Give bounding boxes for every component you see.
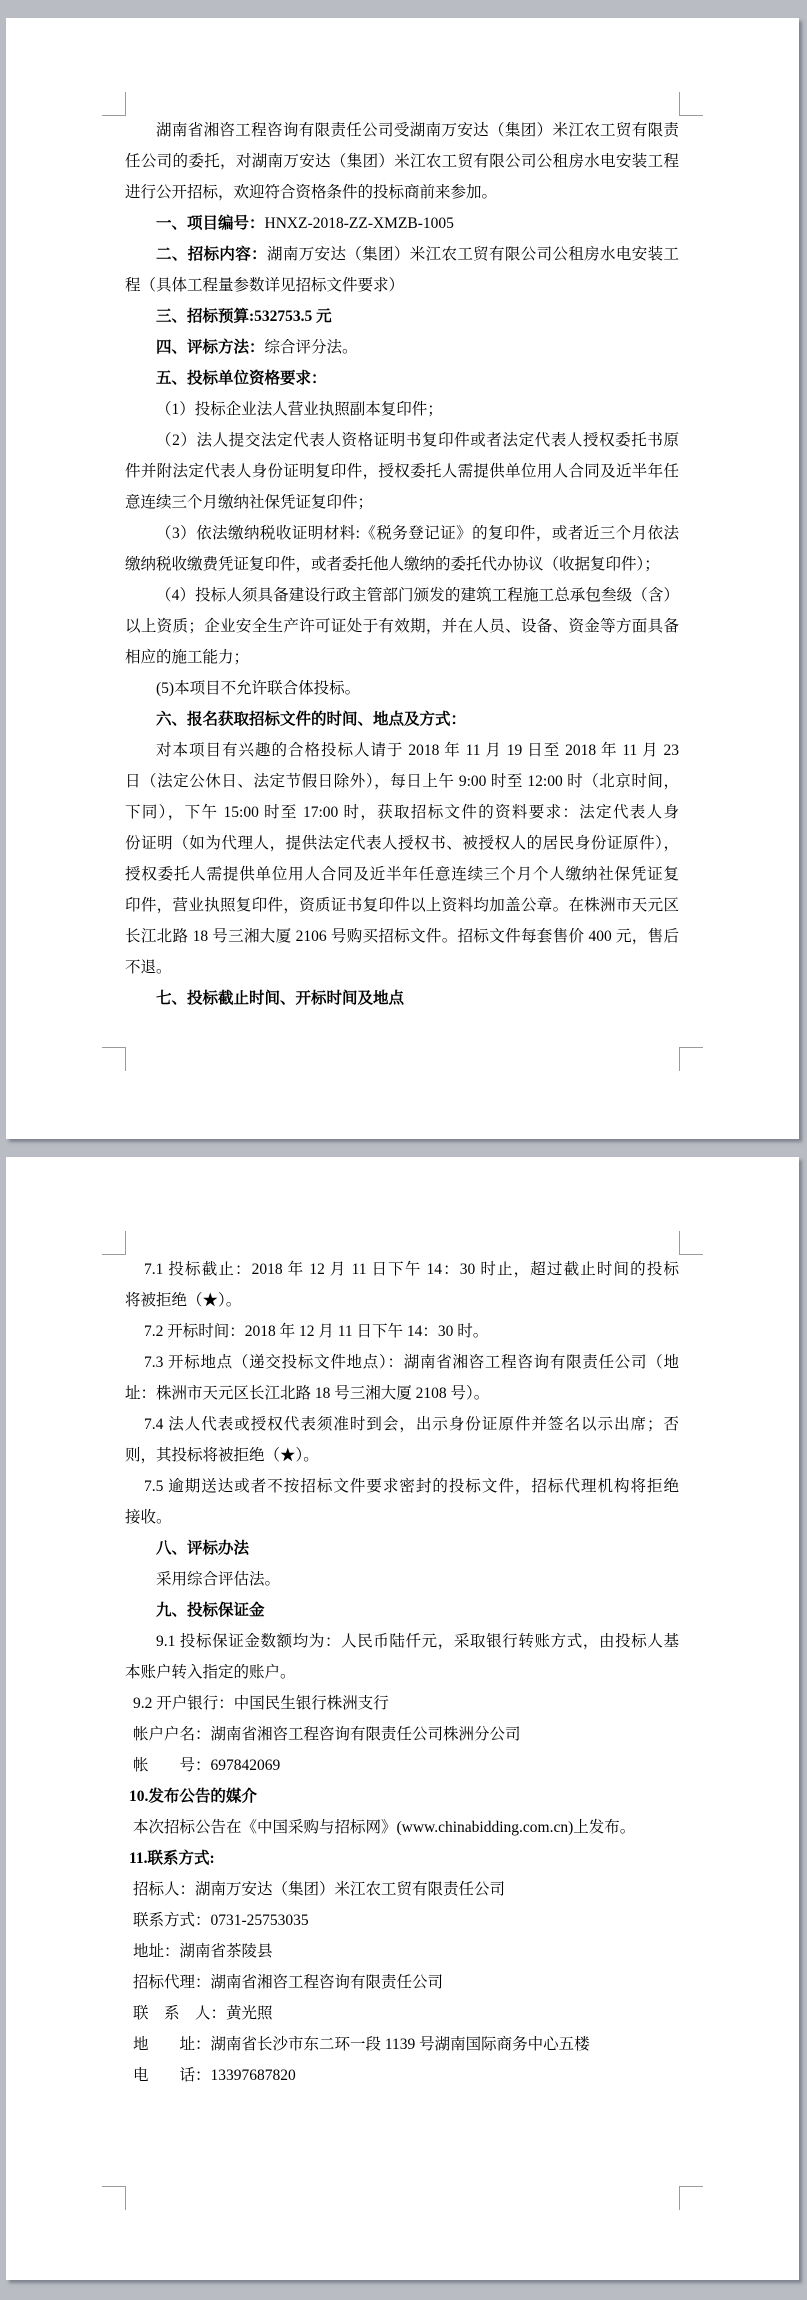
document-line: 地址：湖南省茶陵县 bbox=[125, 1936, 679, 1967]
document-line: 采用综合评估法。 bbox=[125, 1564, 679, 1595]
body-text: (5)本项目不允许联合体投标。 bbox=[156, 680, 360, 697]
margin-mark-bottom-left-icon bbox=[102, 2186, 126, 2210]
body-text: HNXZ-2018-ZZ-XMZB-1005 bbox=[265, 215, 454, 232]
heading-text: 九、投标保证金 bbox=[156, 1602, 265, 1619]
heading-text: 二、招标内容： bbox=[156, 246, 267, 263]
body-text: 联系方式：0731-25753035 bbox=[133, 1912, 309, 1929]
margin-mark-top-right-icon bbox=[679, 92, 703, 116]
heading-text: 八、评标办法 bbox=[156, 1540, 249, 1557]
body-text: 联 系 人：黄光照 bbox=[133, 2005, 273, 2022]
body-text: 下同），下午 15:00 时至 17:00 时，获取招标文件的资料要求：法定代表… bbox=[125, 804, 679, 821]
heading-text: 11.联系方式: bbox=[129, 1850, 215, 1867]
document-line: 进行公开招标，欢迎符合资格条件的投标商前来参加。 bbox=[125, 177, 679, 208]
document-line: 帐 号：697842069 bbox=[125, 1750, 679, 1781]
document-line: 印件，营业执照复印件，资质证书复印件以上资料均加盖公章。在株洲市天元区 bbox=[125, 890, 679, 921]
document-line: 电 话：13397687820 bbox=[125, 2060, 679, 2091]
document-line: 以上资质；企业安全生产许可证处于有效期，并在人员、设备、资金等方面具备 bbox=[125, 611, 679, 642]
margin-mark-top-left-icon bbox=[102, 92, 126, 116]
body-text: 接收。 bbox=[125, 1509, 172, 1526]
document-line: 日（法定公休日、法定节假日除外），每日上午 9:00 时至 12:00 时（北京… bbox=[125, 766, 679, 797]
margin-mark-bottom-right-icon bbox=[679, 2186, 703, 2210]
document-line: 11.联系方式: bbox=[125, 1843, 679, 1874]
body-text: 综合评分法。 bbox=[265, 339, 358, 356]
document-line: 缴纳税收缴费凭证复印件，或者委托他人缴纳的委托代办协议（收据复印件）； bbox=[125, 549, 679, 580]
body-text: 7.4 法人代表或授权代表须准时到会，出示身份证原件并签名以示出席；否 bbox=[144, 1416, 679, 1433]
word-print-preview: { "document": { "background_color": "#b9… bbox=[0, 0, 807, 2300]
document-line: 八、评标办法 bbox=[125, 1533, 679, 1564]
heading-text: 五、投标单位资格要求： bbox=[156, 370, 327, 387]
heading-text: 七、投标截止时间、开标时间及地点 bbox=[156, 990, 404, 1007]
body-text: 湖南万安达（集团）米江农工贸有限公司公租房水电安装工 bbox=[267, 246, 679, 263]
document-line: （4）投标人须具备建设行政主管部门颁发的建筑工程施工总承包叁级（含） bbox=[125, 580, 679, 611]
body-text: 件并附法定代表人身份证明复印件，授权委托人需提供单位用人合同及近半年任 bbox=[125, 463, 679, 480]
body-text: 则，其投标将被拒绝（★）。 bbox=[125, 1447, 319, 1464]
body-text: 9.1 投标保证金数额均为：人民币陆仟元，采取银行转账方式，由投标人基 bbox=[156, 1633, 679, 1650]
document-line: 7.1 投标截止：2018 年 12 月 11 日下午 14：30 时止，超过截… bbox=[125, 1254, 679, 1285]
body-text: 程（具体工程量参数详见招标文件要求） bbox=[125, 277, 404, 294]
document-line: 二、招标内容：湖南万安达（集团）米江农工贸有限公司公租房水电安装工 bbox=[125, 239, 679, 270]
body-text: 9.2 开户银行：中国民生银行株洲支行 bbox=[133, 1695, 389, 1712]
page-1: 湖南省湘咨工程咨询有限责任公司受湖南万安达（集团）米江农工贸有限责任公司的委托，… bbox=[6, 18, 799, 1139]
document-line: 五、投标单位资格要求： bbox=[125, 363, 679, 394]
document-line: （2）法人提交法定代表人资格证明书复印件或者法定代表人授权委托书原 bbox=[125, 425, 679, 456]
document-line: (5)本项目不允许联合体投标。 bbox=[125, 673, 679, 704]
document-line: 程（具体工程量参数详见招标文件要求） bbox=[125, 270, 679, 301]
document-line: 7.4 法人代表或授权代表须准时到会，出示身份证原件并签名以示出席；否 bbox=[125, 1409, 679, 1440]
heading-text: 四、评标方法： bbox=[156, 339, 265, 356]
body-text: （3）依法缴纳税收证明材料:《税务登记证》的复印件，或者近三个月依法 bbox=[156, 525, 679, 542]
heading-text: 三、招标预算:532753.5 元 bbox=[156, 308, 332, 325]
margin-mark-top-right-icon bbox=[679, 1231, 703, 1255]
body-text: 帐 号：697842069 bbox=[133, 1757, 280, 1774]
page-2-text-area: 7.1 投标截止：2018 年 12 月 11 日下午 14：30 时止，超过截… bbox=[125, 1254, 679, 2091]
document-line: 三、招标预算:532753.5 元 bbox=[125, 301, 679, 332]
margin-mark-bottom-right-icon bbox=[679, 1047, 703, 1071]
page-2: 7.1 投标截止：2018 年 12 月 11 日下午 14：30 时止，超过截… bbox=[6, 1157, 799, 2280]
editor-background: 湖南省湘咨工程咨询有限责任公司受湖南万安达（集团）米江农工贸有限责任公司的委托，… bbox=[0, 0, 807, 2300]
body-text: 份证明（如为代理人，提供法定代表人授权书、被授权人的居民身份证原件）， bbox=[125, 835, 679, 852]
document-line: 9.1 投标保证金数额均为：人民币陆仟元，采取银行转账方式，由投标人基 bbox=[125, 1626, 679, 1657]
document-line: 件并附法定代表人身份证明复印件，授权委托人需提供单位用人合同及近半年任 bbox=[125, 456, 679, 487]
document-line: 意连续三个月缴纳社保凭证复印件； bbox=[125, 487, 679, 518]
document-line: 湖南省湘咨工程咨询有限责任公司受湖南万安达（集团）米江农工贸有限责 bbox=[125, 115, 679, 146]
body-text: 日（法定公休日、法定节假日除外），每日上午 9:00 时至 12:00 时（北京… bbox=[125, 773, 679, 790]
body-text: 招标人：湖南万安达（集团）米江农工贸有限责任公司 bbox=[133, 1881, 505, 1898]
body-text: 授权委托人需提供单位用人合同及近半年任意连续三个月个人缴纳社保凭证复 bbox=[125, 866, 679, 883]
body-text: 本账户转入指定的账户。 bbox=[125, 1664, 296, 1681]
document-line: 份证明（如为代理人，提供法定代表人授权书、被授权人的居民身份证原件）， bbox=[125, 828, 679, 859]
margin-mark-bottom-left-icon bbox=[102, 1047, 126, 1071]
document-line: 7.2 开标时间：2018 年 12 月 11 日下午 14：30 时。 bbox=[125, 1316, 679, 1347]
body-text: 址：株洲市天元区长江北路 18 号三湘大厦 2108 号）。 bbox=[125, 1385, 489, 1402]
heading-text: 一、项目编号： bbox=[156, 215, 265, 232]
document-line: （3）依法缴纳税收证明材料:《税务登记证》的复印件，或者近三个月依法 bbox=[125, 518, 679, 549]
body-text: （1）投标企业法人营业执照副本复印件； bbox=[156, 401, 443, 418]
document-line: 本账户转入指定的账户。 bbox=[125, 1657, 679, 1688]
body-text: 缴纳税收缴费凭证复印件，或者委托他人缴纳的委托代办协议（收据复印件）； bbox=[125, 556, 660, 573]
document-line: 任公司的委托，对湖南万安达（集团）米江农工贸有限公司公租房水电安装工程 bbox=[125, 146, 679, 177]
document-line: 招标人：湖南万安达（集团）米江农工贸有限责任公司 bbox=[125, 1874, 679, 1905]
document-line: 下同），下午 15:00 时至 17:00 时，获取招标文件的资料要求：法定代表… bbox=[125, 797, 679, 828]
body-text: 意连续三个月缴纳社保凭证复印件； bbox=[125, 494, 373, 511]
body-text: 任公司的委托，对湖南万安达（集团）米江农工贸有限公司公租房水电安装工程 bbox=[125, 153, 679, 170]
body-text: 本次招标公告在《中国采购与招标网》(www.chinabidding.com.c… bbox=[133, 1819, 635, 1836]
body-text: 对本项目有兴趣的合格投标人请于 2018 年 11 月 19 日至 2018 年… bbox=[156, 742, 679, 759]
body-text: 地 址：湖南省长沙市东二环一段 1139 号湖南国际商务中心五楼 bbox=[133, 2036, 590, 2053]
document-line: 帐户户名：湖南省湘咨工程咨询有限责任公司株洲分公司 bbox=[125, 1719, 679, 1750]
document-line: 地 址：湖南省长沙市东二环一段 1139 号湖南国际商务中心五楼 bbox=[125, 2029, 679, 2060]
document-line: 九、投标保证金 bbox=[125, 1595, 679, 1626]
document-line: （1）投标企业法人营业执照副本复印件； bbox=[125, 394, 679, 425]
document-line: 7.3 开标地点（递交投标文件地点）：湖南省湘咨工程咨询有限责任公司（地 bbox=[125, 1347, 679, 1378]
document-line: 四、评标方法：综合评分法。 bbox=[125, 332, 679, 363]
body-text: 招标代理：湖南省湘咨工程咨询有限责任公司 bbox=[133, 1974, 443, 1991]
document-line: 9.2 开户银行：中国民生银行株洲支行 bbox=[125, 1688, 679, 1719]
document-line: 址：株洲市天元区长江北路 18 号三湘大厦 2108 号）。 bbox=[125, 1378, 679, 1409]
document-line: 对本项目有兴趣的合格投标人请于 2018 年 11 月 19 日至 2018 年… bbox=[125, 735, 679, 766]
body-text: 7.3 开标地点（递交投标文件地点）：湖南省湘咨工程咨询有限责任公司（地 bbox=[144, 1354, 679, 1371]
body-text: 7.5 逾期送达或者不按招标文件要求密封的投标文件，招标代理机构将拒绝 bbox=[144, 1478, 679, 1495]
document-line: 10.发布公告的媒介 bbox=[125, 1781, 679, 1812]
document-line: 本次招标公告在《中国采购与招标网》(www.chinabidding.com.c… bbox=[125, 1812, 679, 1843]
body-text: 相应的施工能力； bbox=[125, 649, 249, 666]
document-line: 将被拒绝（★）。 bbox=[125, 1285, 679, 1316]
document-line: 相应的施工能力； bbox=[125, 642, 679, 673]
body-text: 将被拒绝（★）。 bbox=[125, 1292, 241, 1309]
margin-mark-top-left-icon bbox=[102, 1231, 126, 1255]
page-1-text-area: 湖南省湘咨工程咨询有限责任公司受湖南万安达（集团）米江农工贸有限责任公司的委托，… bbox=[125, 115, 679, 1014]
body-text: 地址：湖南省茶陵县 bbox=[133, 1943, 273, 1960]
document-line: 一、项目编号：HNXZ-2018-ZZ-XMZB-1005 bbox=[125, 208, 679, 239]
body-text: 7.2 开标时间：2018 年 12 月 11 日下午 14：30 时。 bbox=[144, 1323, 488, 1340]
document-line: 不退。 bbox=[125, 952, 679, 983]
document-line: 联 系 人：黄光照 bbox=[125, 1998, 679, 2029]
body-text: 长江北路 18 号三湘大厦 2106 号购买招标文件。招标文件每套售价 400 … bbox=[125, 928, 679, 945]
body-text: 7.1 投标截止：2018 年 12 月 11 日下午 14：30 时止，超过截… bbox=[144, 1261, 679, 1278]
document-line: 长江北路 18 号三湘大厦 2106 号购买招标文件。招标文件每套售价 400 … bbox=[125, 921, 679, 952]
body-text: 进行公开招标，欢迎符合资格条件的投标商前来参加。 bbox=[125, 184, 497, 201]
body-text: 帐户户名：湖南省湘咨工程咨询有限责任公司株洲分公司 bbox=[133, 1726, 521, 1743]
body-text: 采用综合评估法。 bbox=[156, 1571, 280, 1588]
document-line: 七、投标截止时间、开标时间及地点 bbox=[125, 983, 679, 1014]
body-text: （4）投标人须具备建设行政主管部门颁发的建筑工程施工总承包叁级（含） bbox=[156, 587, 679, 604]
heading-text: 10.发布公告的媒介 bbox=[129, 1788, 257, 1805]
body-text: （2）法人提交法定代表人资格证明书复印件或者法定代表人授权委托书原 bbox=[156, 432, 679, 449]
document-line: 接收。 bbox=[125, 1502, 679, 1533]
document-line: 六、报名获取招标文件的时间、地点及方式： bbox=[125, 704, 679, 735]
document-line: 授权委托人需提供单位用人合同及近半年任意连续三个月个人缴纳社保凭证复 bbox=[125, 859, 679, 890]
body-text: 电 话：13397687820 bbox=[133, 2067, 296, 2084]
document-line: 招标代理：湖南省湘咨工程咨询有限责任公司 bbox=[125, 1967, 679, 1998]
document-line: 7.5 逾期送达或者不按招标文件要求密封的投标文件，招标代理机构将拒绝 bbox=[125, 1471, 679, 1502]
heading-text: 六、报名获取招标文件的时间、地点及方式： bbox=[156, 711, 466, 728]
body-text: 湖南省湘咨工程咨询有限责任公司受湖南万安达（集团）米江农工贸有限责 bbox=[156, 122, 679, 139]
document-line: 则，其投标将被拒绝（★）。 bbox=[125, 1440, 679, 1471]
body-text: 以上资质；企业安全生产许可证处于有效期，并在人员、设备、资金等方面具备 bbox=[125, 618, 679, 635]
body-text: 不退。 bbox=[125, 959, 172, 976]
document-line: 联系方式：0731-25753035 bbox=[125, 1905, 679, 1936]
body-text: 印件，营业执照复印件，资质证书复印件以上资料均加盖公章。在株洲市天元区 bbox=[125, 897, 679, 914]
